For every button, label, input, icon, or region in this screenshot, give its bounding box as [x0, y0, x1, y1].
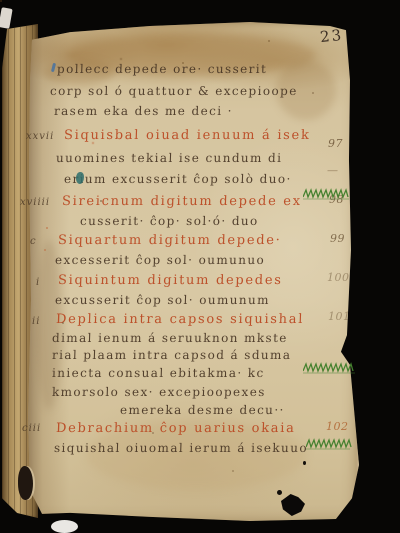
ink-dot	[277, 490, 282, 495]
manuscript-text-line: Sireicnum digitum depede ex	[62, 194, 302, 209]
manuscript-text-line: excusserit ĉop sol· oumunum	[55, 293, 270, 307]
manuscript-text-line: erium excusserit ĉop solò duo·	[64, 172, 292, 186]
manuscript-text-line: Deplica intra capsos siquishal	[56, 312, 305, 327]
manuscript-text-line: siquishal oiuomal ierum á isekuuo	[54, 441, 308, 455]
manuscript-text-line: rial plaam intra capsod á sduma	[52, 348, 292, 362]
manuscript-text-line: iniecta consual ebitakma· kc	[52, 366, 265, 380]
margin-number: 101	[328, 310, 351, 323]
white-tab	[0, 7, 13, 29]
manuscript-text-line: uuomines tekial ise cundum di	[56, 151, 283, 165]
manuscript-text-line: excesserit ĉop sol· oumunuo	[55, 253, 266, 267]
parchment-tear	[18, 466, 33, 500]
margin-number: —	[327, 164, 339, 177]
manuscript-text-line: Siquartum digitum depede·	[58, 233, 282, 248]
green-ink-scribble	[303, 360, 357, 379]
margin-number: 97	[328, 137, 343, 150]
chapter-numeral: c	[30, 236, 37, 247]
manuscript-text-line: dimal ienum á seruuknon mkste	[52, 331, 288, 345]
manuscript-photo: pollecc depede ore· cusseritcorp sol ó q…	[0, 0, 400, 533]
manuscript-text-line: rasem eka des me deci ·	[54, 104, 233, 118]
margin-number: 99	[330, 232, 345, 245]
manuscript-text-line: Siquisbal oiuad ienuum á isek	[64, 128, 311, 143]
chapter-numeral: ciii	[22, 423, 41, 434]
chapter-numeral: i	[36, 277, 40, 288]
margin-number: 100	[327, 271, 350, 284]
margin-number: 102	[326, 420, 349, 433]
folio-number: 23	[319, 26, 344, 46]
ink-dot	[303, 461, 306, 465]
ink-specks	[0, 0, 2, 2]
chapter-numeral: xxvii	[26, 131, 54, 142]
chapter-numeral: ii	[32, 316, 40, 327]
manuscript-text-line: cusserit· ĉop· sol·ó· duo	[80, 214, 259, 228]
manuscript-text-line: emereka desme decu··	[120, 403, 285, 417]
green-ink-scribble	[306, 436, 352, 455]
manuscript-text-line: pollecc depede ore· cusserit	[57, 62, 268, 76]
manuscript-text-line: corp sol ó quattuor & excepioope	[50, 84, 298, 98]
green-ink-scribble	[303, 186, 351, 205]
white-object	[51, 520, 78, 533]
manuscript-text-line: kmorsolo sex· excepioopexes	[52, 385, 266, 399]
manuscript-text-line: Debrachium ĉop uarius okaia	[56, 421, 296, 436]
chapter-numeral: xviiii	[20, 197, 50, 208]
manuscript-text-line: Siquintum digitum depedes	[58, 273, 283, 288]
